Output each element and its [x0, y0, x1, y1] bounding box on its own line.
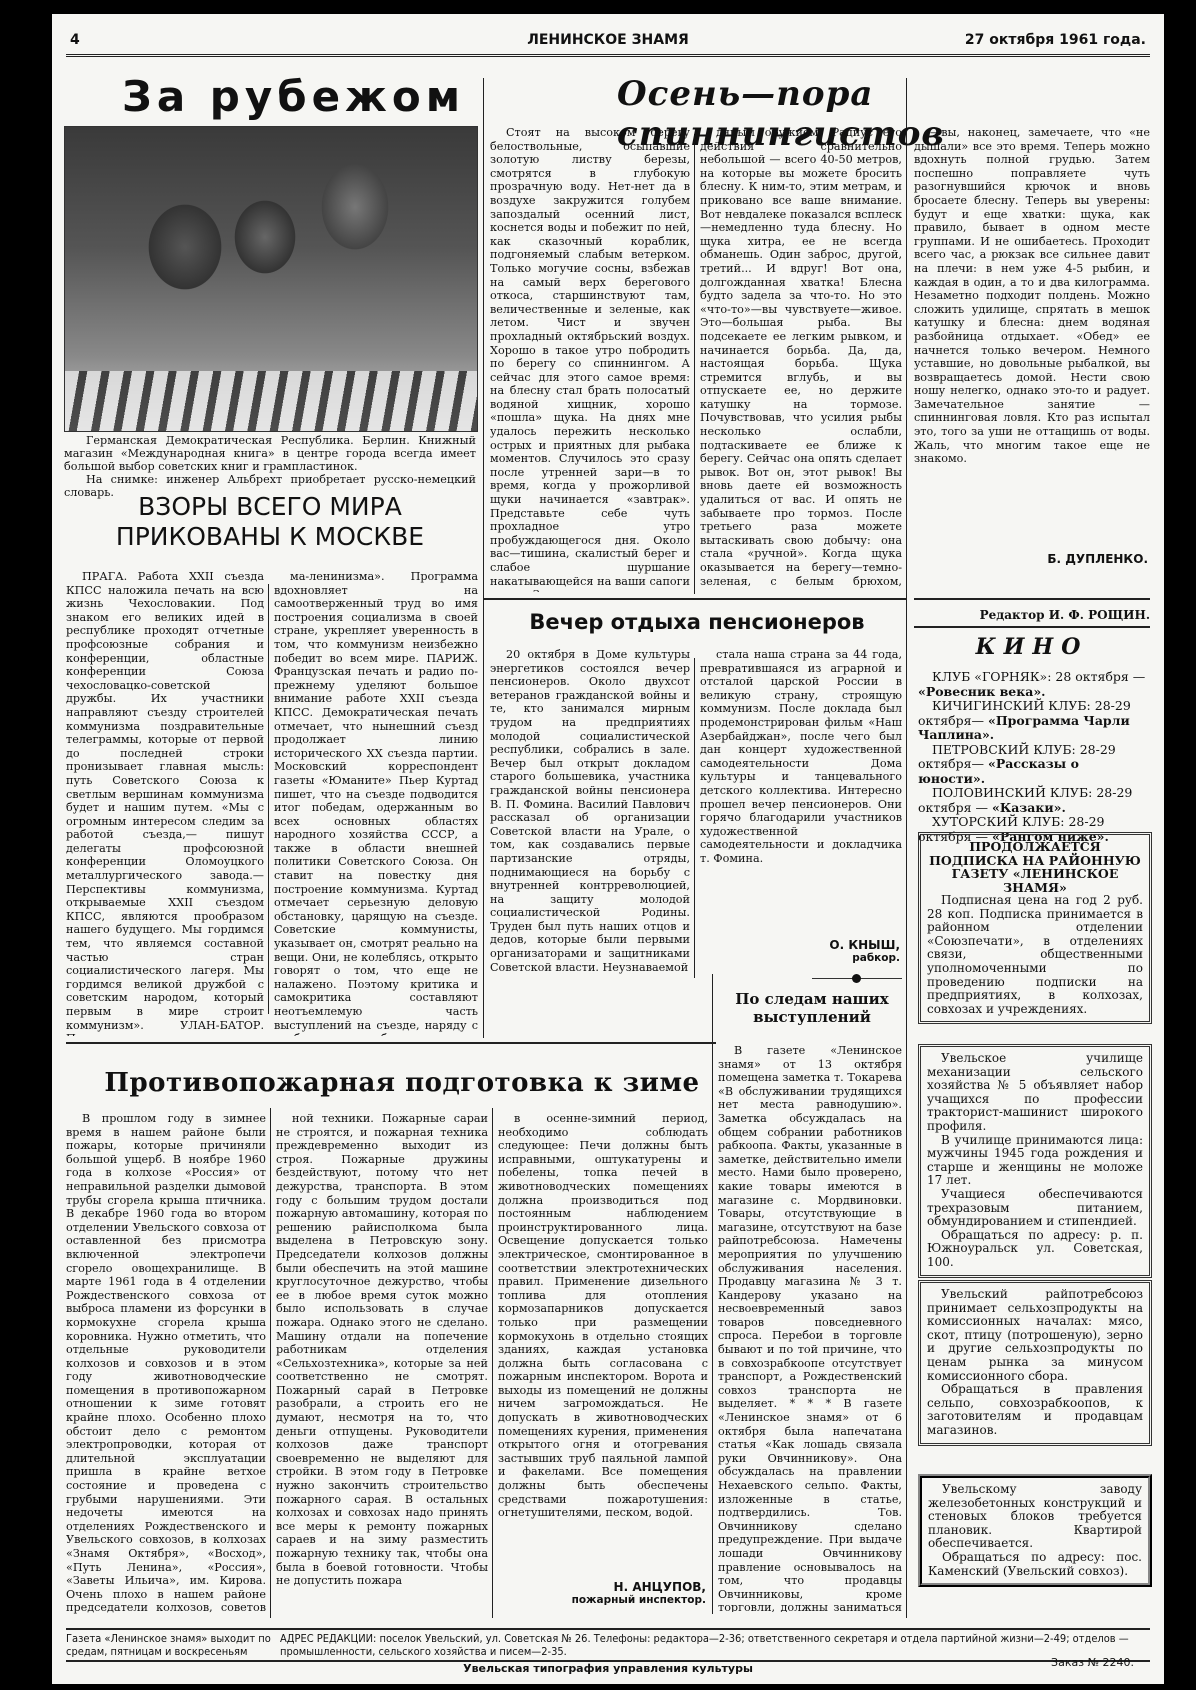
- footer-imprint: Газета «Ленинское знамя» выходит по сред…: [66, 1628, 1150, 1662]
- order-number: Заказ № 2240.: [1051, 1656, 1134, 1669]
- editor-credit: Редактор И. Ф. РОЩИН.: [914, 608, 1150, 622]
- article-title-evening: Вечер отдыха пенсионеров: [472, 610, 922, 634]
- issue-date: 27 октября 1961 года.: [965, 32, 1146, 48]
- section-heading-abroad: За рубежом: [122, 72, 465, 121]
- author-signature: О. КНЫШ,рабкор.: [700, 938, 900, 964]
- cinema-listings: КЛУБ «ГОРНЯК»: 28 октября — «Ровесник ве…: [918, 670, 1150, 844]
- article-title-world-eyes: ВЗОРЫ ВСЕГО МИРА ПРИКОВАНЫ К МОСКВЕ: [64, 492, 476, 552]
- cinema-listing: КЛУБ «ГОРНЯК»: 28 октября — «Ровесник ве…: [918, 670, 1150, 699]
- article-column: стала наша страна за 44 года, превративш…: [700, 648, 902, 898]
- article-column: —вы, наконец, замечаете, что «не дышали»…: [914, 126, 1150, 530]
- article-title-fire: Противопожарная подготовка к зиме: [82, 1068, 722, 1098]
- article-column: ПРАГА. Работа XXII съезда КПСС наложила …: [66, 570, 264, 1036]
- cinema-listing: ПЕТРОВСКИЙ КЛУБ: 28-29 октября— «Рассказ…: [918, 743, 1150, 787]
- article-column: В газете «Ленинское знамя» от 13 октября…: [718, 1044, 902, 1612]
- editorial-address: АДРЕС РЕДАКЦИИ: поселок Увельский, ул. С…: [280, 1632, 1170, 1658]
- ad-school: Увельское училище механизации сельского …: [918, 1044, 1152, 1278]
- caption-text: Германская Демократическая Республика. Б…: [64, 434, 476, 473]
- newspaper-page: 4 ЛЕНИНСКОЕ ЗНАМЯ 27 октября 1961 года. …: [52, 14, 1164, 1684]
- ad-factory: Увельскому заводу железобетонных констру…: [918, 1474, 1152, 1587]
- divider-dot: [812, 974, 902, 984]
- news-photo: [64, 126, 478, 432]
- cinema-listing: ПОЛОВИНСКИЙ КЛУБ: 28-29 октября — «Казак…: [918, 786, 1150, 815]
- article-column: Стоят на высоком берегу белоствольные, о…: [490, 126, 690, 592]
- article-column: ной техники. Пожарные сараи не строятся,…: [276, 1112, 488, 1616]
- article-column: ма-ленинизма». Программа вдохновляет на …: [274, 570, 478, 1036]
- ad-subscription: ПРОДОЛЖАЕТСЯ ПОДПИСКА НА РАЙОННУЮ ГАЗЕТУ…: [918, 832, 1152, 1024]
- printer-line: Увельская типография управления культуры…: [52, 1662, 1164, 1675]
- masthead: 4 ЛЕНИНСКОЕ ЗНАМЯ 27 октября 1961 года.: [66, 32, 1150, 57]
- publication-schedule: Газета «Ленинское знамя» выходит по сред…: [66, 1632, 276, 1658]
- article-column: в осенне-зимний период, необходимо соблю…: [498, 1112, 708, 1560]
- photo-caption: Германская Демократическая Республика. Б…: [64, 434, 476, 499]
- section-heading-cinema: КИНО: [914, 634, 1150, 660]
- ad-cooperative: Увельский райпотребсоюз принимает сельхо…: [918, 1280, 1152, 1446]
- article-column: 20 октября в Доме культуры энергетиков с…: [490, 648, 690, 1036]
- author-signature: Б. ДУПЛЕНКО.: [914, 552, 1148, 566]
- article-title-traces: По следам наших выступлений: [702, 990, 922, 1026]
- cinema-listing: КИЧИГИНСКИЙ КЛУБ: 28-29 октября— «Програ…: [918, 699, 1150, 743]
- author-signature: Н. АНЦУПОВ,пожарный инспектор.: [498, 1580, 706, 1606]
- article-column: дяным оружием. Радиус его действия сравн…: [700, 126, 902, 592]
- article-column: В прошлом году в зимнее время в нашем ра…: [66, 1112, 266, 1616]
